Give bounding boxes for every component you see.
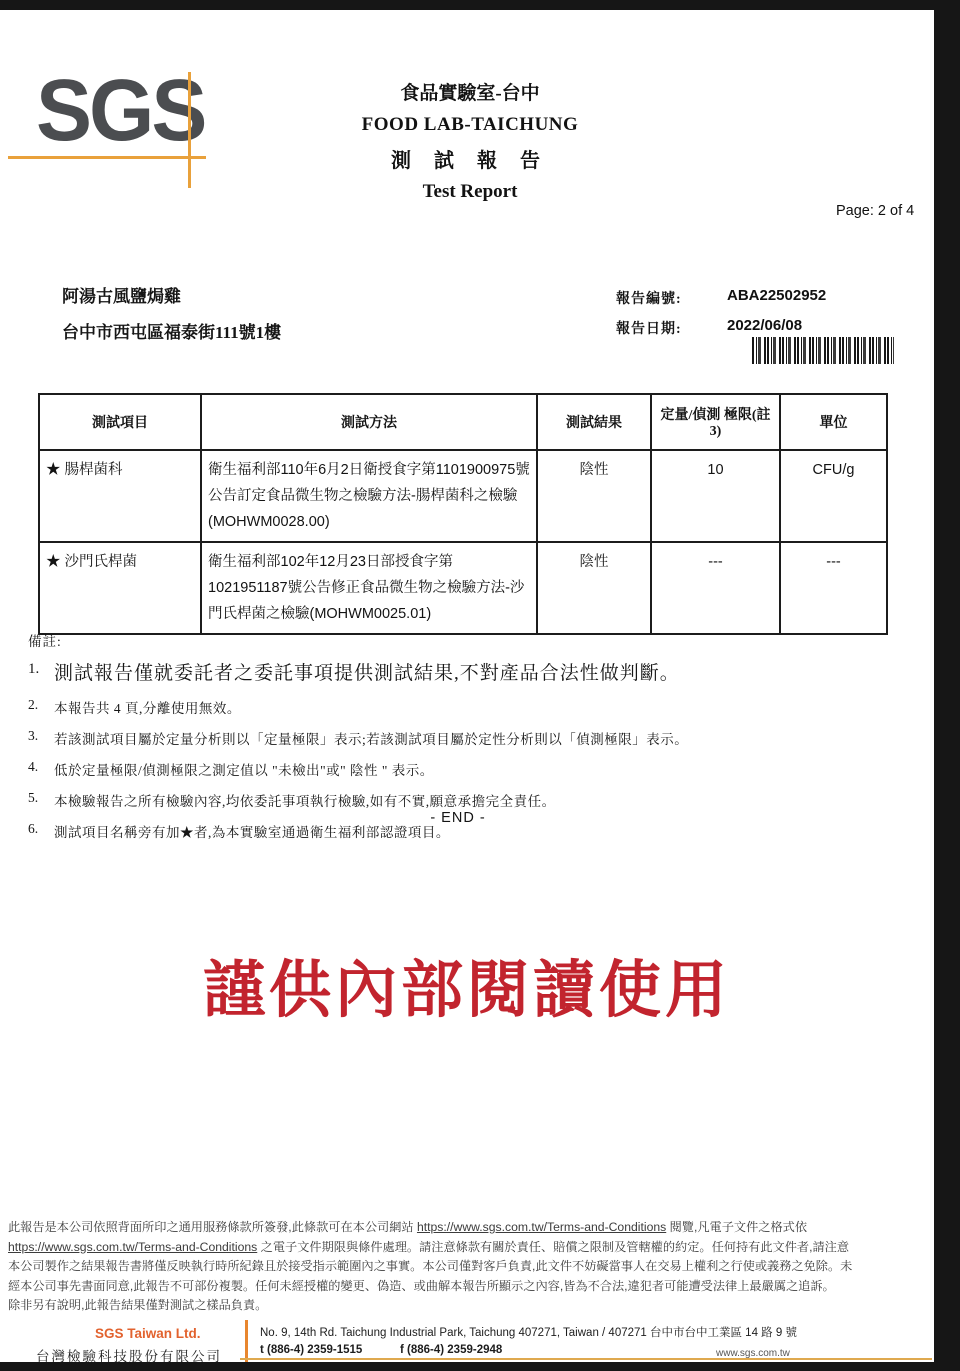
note-number: 1.	[28, 658, 44, 685]
report-barcode	[752, 337, 894, 364]
internal-use-watermark: 謹供內部閱讀使用	[0, 940, 934, 1029]
logo-horizontal-line	[8, 156, 206, 159]
footer-address: No. 9, 14th Rd. Taichung Industrial Park…	[260, 1324, 797, 1340]
report-title-en: Test Report	[300, 181, 640, 203]
logo-vertical-line	[188, 72, 191, 188]
cell-test-result: 陰性	[537, 542, 651, 634]
note-number: 5.	[28, 790, 44, 810]
cell-test-item: ★ 腸桿菌科	[39, 450, 201, 542]
end-marker: - END -	[38, 810, 878, 826]
report-date-label: 報告日期:	[616, 318, 682, 338]
lab-title-zh: 食品實驗室-台中	[300, 78, 640, 105]
fineprint-text: 閱覽,凡電子文件之格式依	[666, 1220, 807, 1234]
col-header-test-method: 測試方法	[201, 394, 537, 450]
cell-unit: CFU/g	[780, 450, 887, 542]
fineprint-line: 本公司製作之結果報告書將僅反映執行時所紀錄且於接受指示範圍內之事實。本公司僅對客…	[8, 1257, 934, 1277]
cell-test-result: 陰性	[537, 450, 651, 542]
note-number: 2.	[28, 697, 44, 717]
note-item-1: 1. 測試報告僅就委託者之委託事項提供測試結果,不對產品合法性做判斷。	[28, 658, 908, 685]
footer-company-en: SGS Taiwan Ltd.	[95, 1326, 201, 1341]
cell-test-item: ★ 沙門氏桿菌	[39, 542, 201, 634]
col-header-test-item: 測試項目	[39, 394, 201, 450]
footer-tel: t (886-4) 2359-1515	[260, 1344, 362, 1356]
cell-unit: ---	[780, 542, 887, 634]
note-item-4: 4. 低於定量極限/偵測極限之測定值以 "未檢出"或" 陰性 " 表示。	[28, 759, 908, 779]
table-row: ★ 腸桿菌科 衛生福利部110年6月2日衛授食字第1101900975號公告訂定…	[39, 450, 887, 542]
report-title-zh: 測 試 報 告	[300, 144, 640, 173]
note-text: 若該測試項目屬於定量分析則以「定量極限」表示;若該測試項目屬於定性分析則以「偵測…	[54, 728, 688, 748]
cell-test-method: 衛生福利部110年6月2日衛授食字第1101900975號公告訂定食品微生物之檢…	[201, 450, 537, 542]
note-number: 4.	[28, 759, 44, 779]
fineprint-text: 此報告是本公司依照背面所印之通用服務條款所簽發,此條款可在本公司網站	[8, 1220, 417, 1234]
table-header-row: 測試項目 測試方法 測試結果 定量/偵測 極限(註3) 單位	[39, 394, 887, 450]
col-header-test-result: 測試結果	[537, 394, 651, 450]
terms-link[interactable]: https://www.sgs.com.tw/Terms-and-Conditi…	[417, 1220, 666, 1234]
fineprint-text: 之電子文件期限與條件處理。請注意條款有關於責任、賠償之限制及管轄權的約定。任何持…	[257, 1240, 849, 1254]
client-block: 阿湯古風鹽焗雞 台中市西屯區福泰街111號1樓	[62, 282, 281, 343]
client-name: 阿湯古風鹽焗雞	[62, 282, 281, 307]
note-text: 本檢驗報告之所有檢驗內容,均依委託事項執行檢驗,如有不實,願意承擔完全責任。	[54, 790, 556, 810]
table-row: ★ 沙門氏桿菌 衛生福利部102年12月23日部授食字第1021951187號公…	[39, 542, 887, 634]
note-item-3: 3. 若該測試項目屬於定量分析則以「定量極限」表示;若該測試項目屬於定性分析則以…	[28, 728, 908, 748]
footer-company-zh: 台灣檢驗科技股份有限公司	[36, 1345, 222, 1365]
footer-divider	[245, 1320, 248, 1362]
col-header-limit: 定量/偵測 極限(註3)	[651, 394, 780, 450]
report-number-value: ABA22502952	[727, 287, 826, 304]
report-date-value: 2022/06/08	[727, 317, 802, 334]
terms-link[interactable]: https://www.sgs.com.tw/Terms-and-Conditi…	[8, 1240, 257, 1254]
report-header-title: 食品實驗室-台中 FOOD LAB-TAICHUNG 測 試 報 告 Test …	[300, 78, 640, 203]
terms-fineprint: 此報告是本公司依照背面所印之通用服務條款所簽發,此條款可在本公司網站 https…	[8, 1218, 934, 1316]
fineprint-line: 經本公司事先書面同意,此報告不可部份複製。任何未經授權的變更、偽造、或曲解本報告…	[8, 1277, 934, 1297]
fineprint-line: https://www.sgs.com.tw/Terms-and-Conditi…	[8, 1238, 934, 1258]
footer-fax: f (886-4) 2359-2948	[400, 1344, 502, 1356]
note-text: 低於定量極限/偵測極限之測定值以 "未檢出"或" 陰性 " 表示。	[54, 759, 434, 779]
note-item-5: 5. 本檢驗報告之所有檢驗內容,均依委託事項執行檢驗,如有不實,願意承擔完全責任…	[28, 790, 908, 810]
lab-title-en: FOOD LAB-TAICHUNG	[300, 114, 640, 136]
cell-limit: 10	[651, 450, 780, 542]
footer-orange-line	[240, 1358, 932, 1360]
results-table: 測試項目 測試方法 測試結果 定量/偵測 極限(註3) 單位 ★ 腸桿菌科 衛生…	[38, 393, 888, 635]
cell-test-method: 衛生福利部102年12月23日部授食字第1021951187號公告修正食品微生物…	[201, 542, 537, 634]
page-number: Page: 2 of 4	[836, 203, 914, 219]
report-page: SGS 食品實驗室-台中 FOOD LAB-TAICHUNG 測 試 報 告 T…	[0, 10, 934, 1362]
note-item-2: 2. 本報告共 4 頁,分離使用無效。	[28, 697, 908, 717]
client-address: 台中市西屯區福泰街111號1樓	[62, 318, 281, 343]
cell-limit: ---	[651, 542, 780, 634]
col-header-unit: 單位	[780, 394, 887, 450]
note-text: 測試報告僅就委託者之委託事項提供測試結果,不對產品合法性做判斷。	[54, 658, 680, 685]
notes-title: 備註:	[28, 630, 908, 650]
note-number: 3.	[28, 728, 44, 748]
note-text: 本報告共 4 頁,分離使用無效。	[54, 697, 241, 717]
sgs-logo: SGS	[36, 66, 204, 153]
report-number-label: 報告編號:	[616, 288, 682, 308]
fineprint-line: 此報告是本公司依照背面所印之通用服務條款所簽發,此條款可在本公司網站 https…	[8, 1218, 934, 1238]
fineprint-line: 除非另有說明,此報告結果僅對測試之樣品負責。	[8, 1296, 934, 1316]
